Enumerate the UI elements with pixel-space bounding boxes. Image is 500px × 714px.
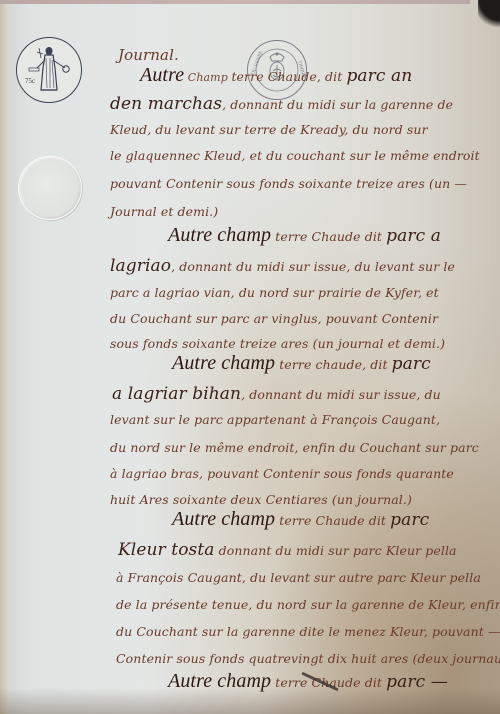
para4-line5: du Couchant sur la garenne dite le menez…: [116, 624, 500, 639]
para4-line1: Autre champ terre Chaude dit parc: [172, 508, 429, 531]
para2-line1: Autre champ terre Chaude dit parc a: [168, 224, 441, 247]
para3-line6: huit Ares soixante deux Centiares (un jo…: [110, 492, 412, 507]
para3-line2: a lagriar bihan, donnant du midi sur iss…: [112, 384, 441, 404]
para1-line4: le glaquennec Kleud, et du couchant sur …: [110, 148, 480, 163]
para1-line1: Autre Champ terre Chaude, dit parc an: [140, 64, 412, 87]
para1-line6: Journal et demi.): [110, 204, 218, 219]
para4-line2: Kleur tosta donnant du midi sur parc Kle…: [118, 540, 457, 560]
handwritten-text: Journal. Autre Champ terre Chaude, dit p…: [0, 0, 500, 714]
manuscript-page: 75c DU GENRE TIMBRE Journal. Autre Champ…: [0, 0, 500, 714]
para2-line2: lagriao, donnant du midi sur issue, du l…: [110, 256, 455, 276]
para2-line4: du Couchant sur parc ar vinglus, pouvant…: [110, 311, 438, 326]
para3-line3: levant sur le parc appartenant à Françoi…: [110, 412, 440, 427]
para1-line5: pouvant Contenir sous fonds soixante tre…: [110, 176, 467, 191]
para2-line5: sous fonds soixante treize ares (un jour…: [110, 336, 445, 351]
para4-line6: Contenir sous fonds quatrevingt dix huit…: [116, 651, 500, 666]
para2-line3: parc a lagriao vian, du nord sur prairie…: [110, 285, 439, 300]
para3-line4: du nord sur le même endroit, enfin du Co…: [110, 440, 479, 455]
para3-line5: à lagriao bras, pouvant Contenir sous fo…: [110, 466, 454, 481]
para1-line3: Kleud, du levant sur terre de Kready, du…: [110, 122, 428, 137]
para3-line1: Autre champ terre chaude, dit parc: [172, 352, 431, 375]
para1-line2: den marchas, donnant du midi sur la gare…: [110, 94, 453, 114]
page-bottom-shadow: [0, 688, 500, 714]
margin-label: Journal.: [118, 46, 179, 64]
para4-line4: de la présente tenue, du nord sur la gar…: [116, 597, 500, 612]
para4-line3: à François Caugant, du levant sur autre …: [116, 570, 481, 585]
